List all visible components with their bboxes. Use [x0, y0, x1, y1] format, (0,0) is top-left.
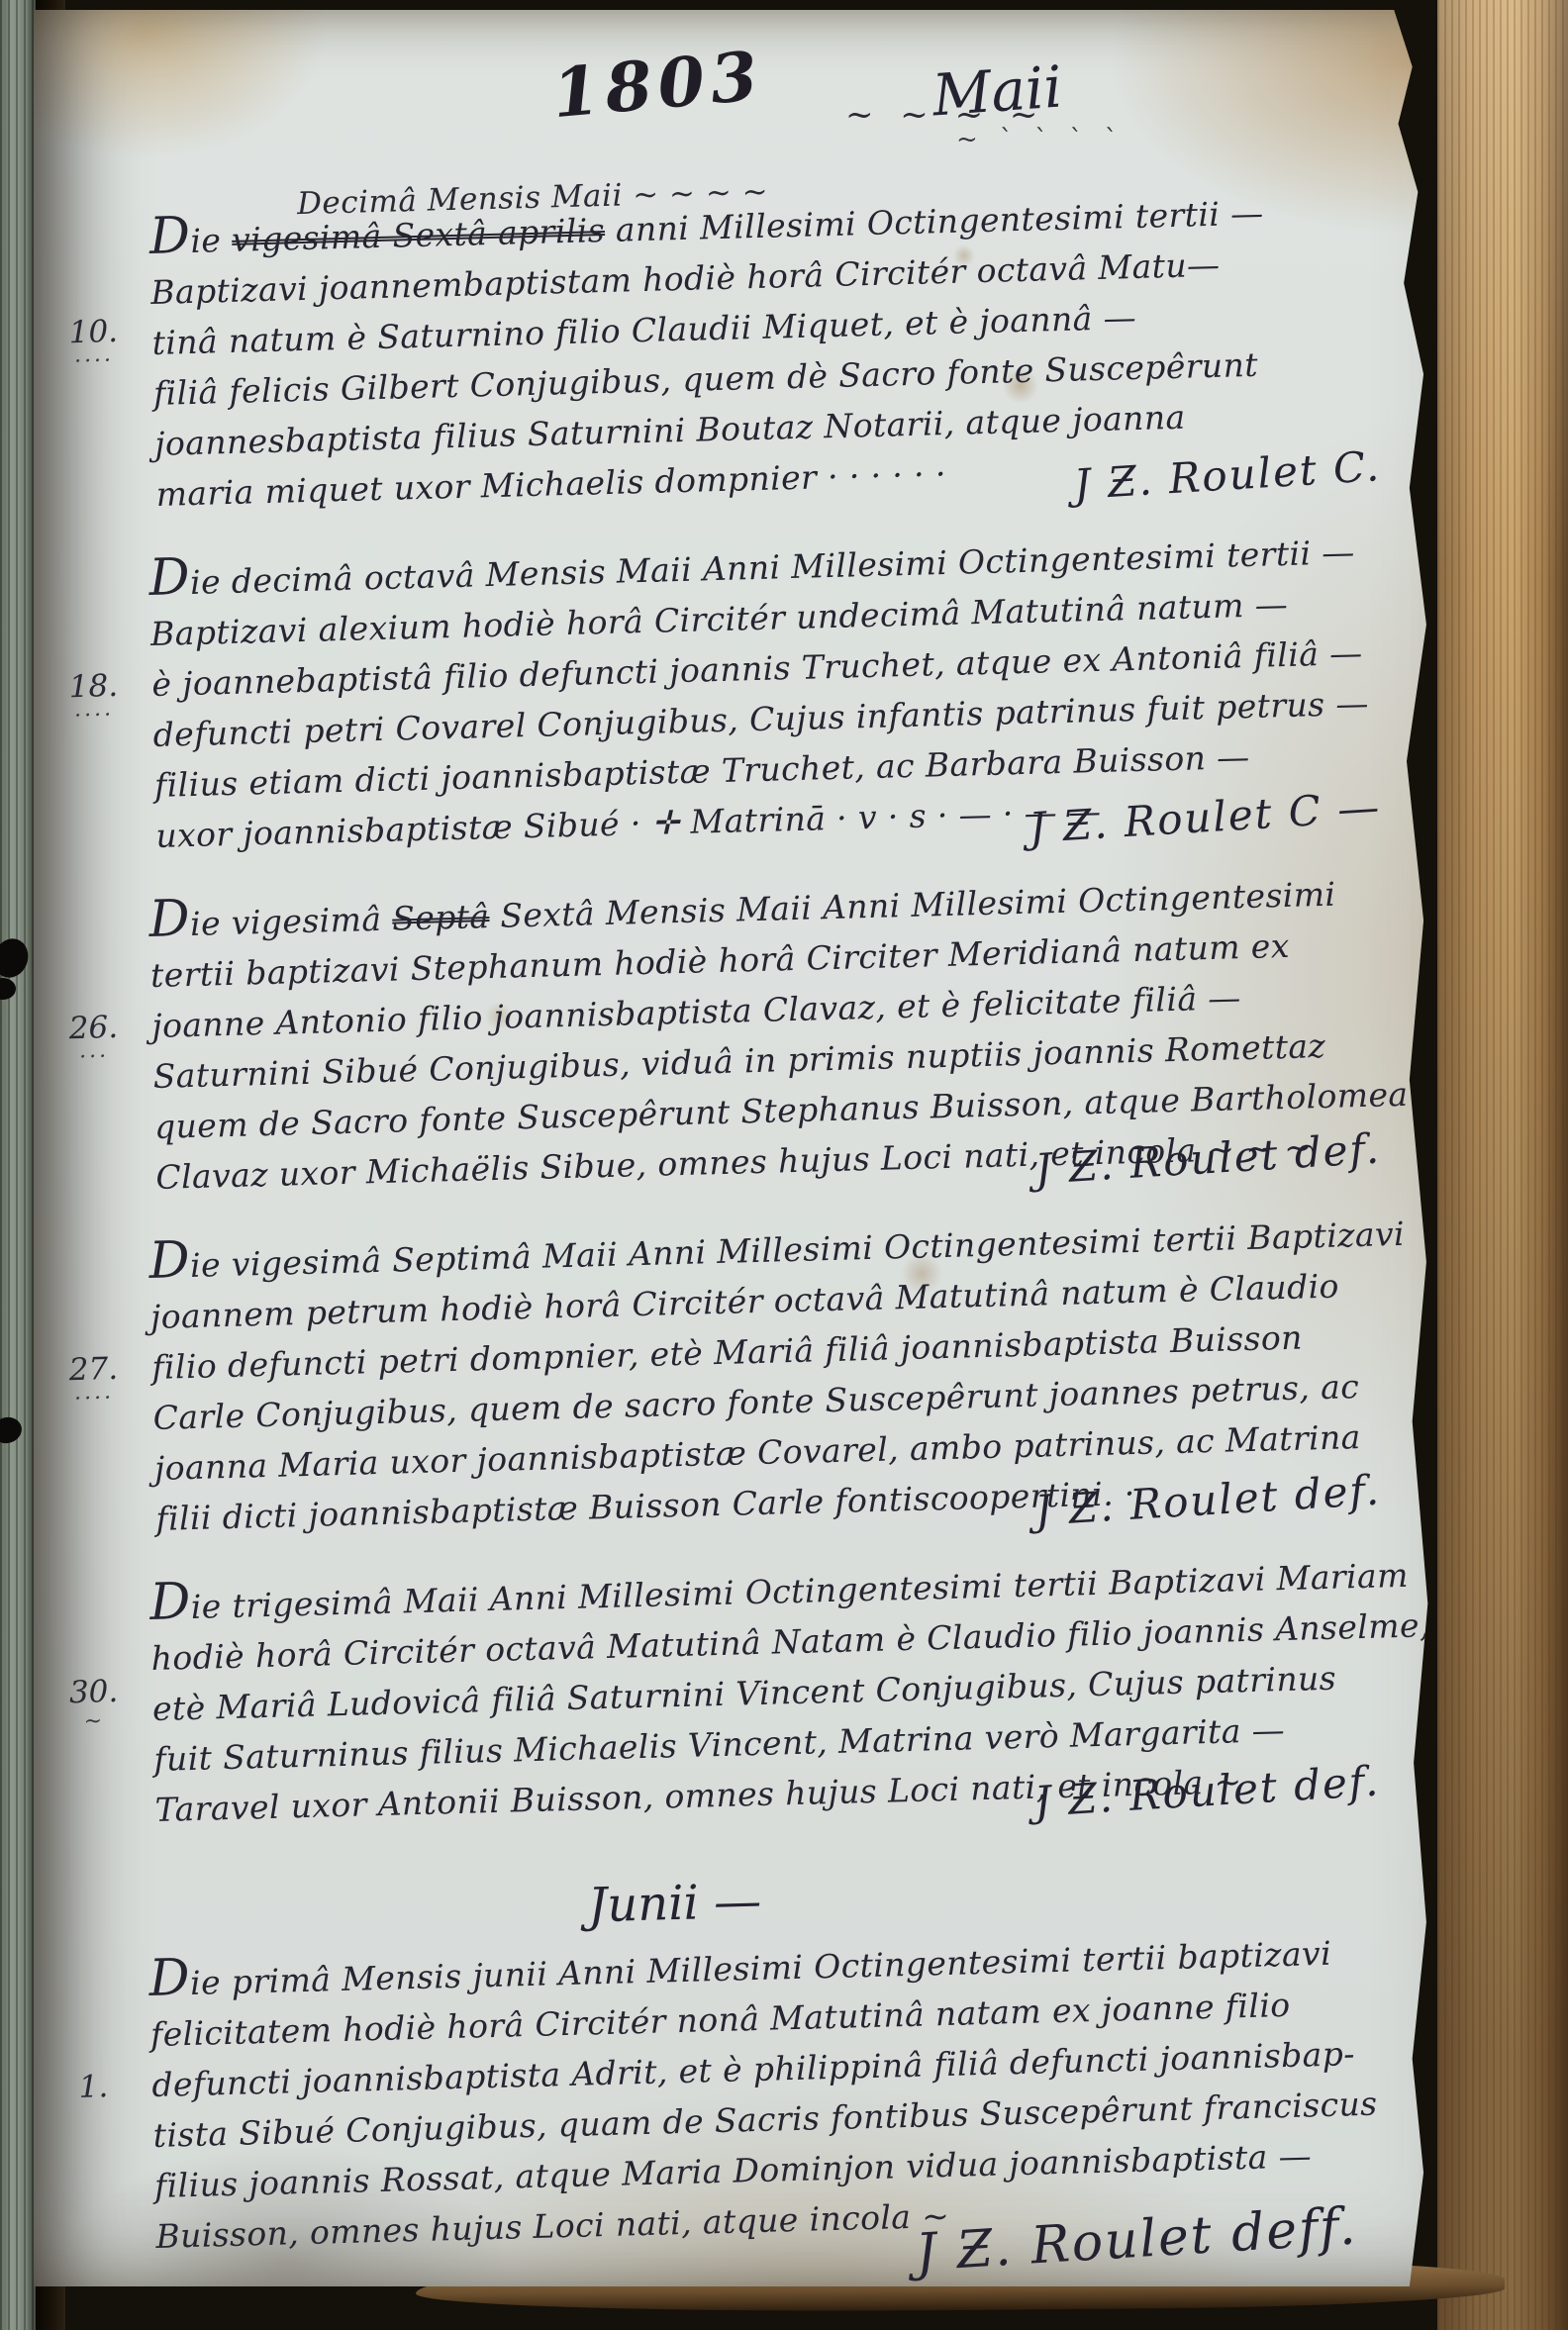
struck-text: Septâ [392, 897, 490, 938]
day-number-label: 18. [58, 671, 129, 703]
margin-day-number: 26.··· [58, 1013, 130, 1074]
day-number-label: 30. [58, 1676, 129, 1707]
day-number-label: 26. [58, 1013, 129, 1044]
margin-day-number: 1. [58, 2072, 129, 2103]
baptism-entry: 30.~Die trigesimâ Maii Anni Millesimi Oc… [149, 1548, 1298, 1835]
baptism-entry: 10.····Decimâ Mensis Maii ~ ~ ~ ~Die vig… [148, 160, 1299, 520]
scanned-register-page: 1803 ~ ~ ~ ~ Maii ~ ` ` ` ` 10.····Decim… [0, 0, 1568, 2330]
day-number-dashes: ···· [59, 345, 130, 377]
day-number-dashes: ~ [59, 1705, 130, 1737]
year-heading: 1803 [549, 37, 766, 134]
day-number-dashes: ···· [59, 701, 130, 732]
margin-day-number: 18.···· [58, 671, 130, 732]
baptism-entry: 26.···Die vigesimâ Septâ Sextâ Mensis Ma… [148, 865, 1299, 1203]
baptism-entry: 18.····Die decimâ octavâ Mensis Maii Ann… [148, 524, 1299, 861]
baptism-entry: 27.····Die vigesimâ Septimâ Maii Anni Mi… [148, 1207, 1299, 1544]
margin-day-number: 30.~ [58, 1676, 130, 1737]
page-deckle-edge [1437, 0, 1568, 2330]
struck-text: vigesimâ Sextâ aprilis [232, 211, 606, 259]
line-text: Die vigesimâ [148, 900, 393, 944]
line-text: Die [149, 221, 233, 261]
baptism-entries: 10.····Decimâ Mensis Maii ~ ~ ~ ~Die vig… [152, 190, 1295, 2262]
month-heading-flourish: ~ ` ` ` ` [956, 125, 1125, 154]
book-spine-edge [0, 0, 36, 2330]
margin-day-number: 27.···· [58, 1354, 130, 1415]
day-number-dashes: ···· [59, 1384, 130, 1415]
day-number-label: 10. [58, 316, 129, 347]
month-heading-maii: Maii [931, 53, 1065, 130]
page-header: 1803 ~ ~ ~ ~ Maii ~ ` ` ` ` [152, 44, 1295, 160]
day-number-dashes: ··· [59, 1042, 130, 1074]
day-number-label: 27. [58, 1354, 129, 1386]
manuscript-paper: 1803 ~ ~ ~ ~ Maii ~ ` ` ` ` 10.····Decim… [34, 10, 1443, 2286]
page-content: 1803 ~ ~ ~ ~ Maii ~ ` ` ` ` 10.····Decim… [34, 10, 1443, 2286]
month-heading-junii: Junii — [587, 1860, 1295, 1934]
baptism-entry: 1.Die primâ Mensis junii Anni Millesimi … [148, 1924, 1299, 2262]
day-number-label: 1. [58, 2072, 129, 2103]
margin-day-number: 10.···· [58, 316, 130, 377]
